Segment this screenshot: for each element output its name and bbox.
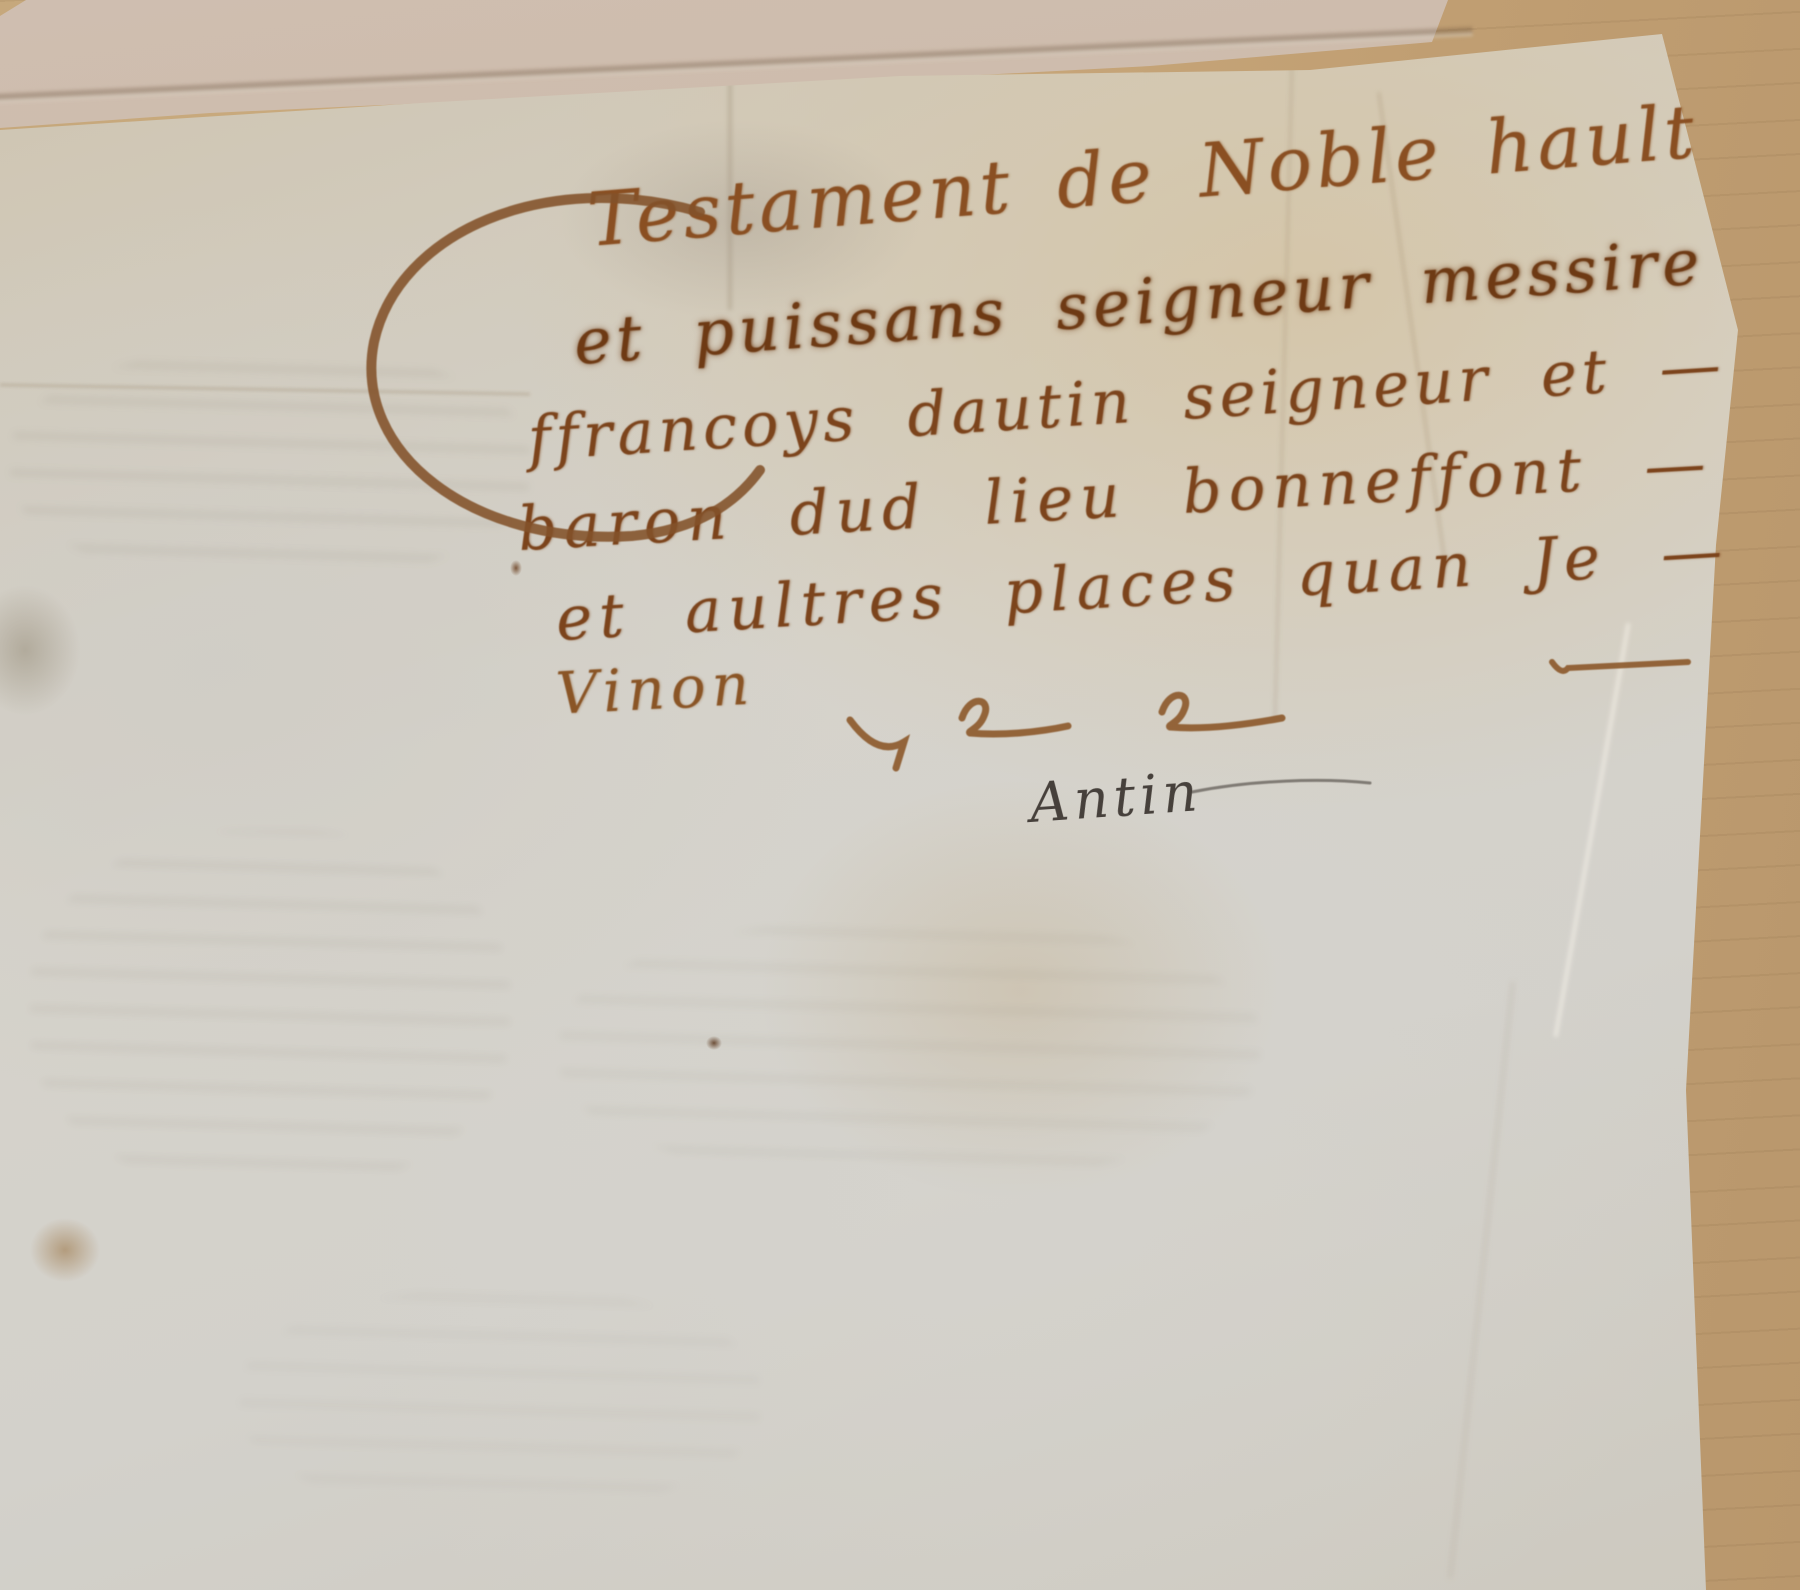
initial-letter-flourish bbox=[371, 198, 760, 537]
line-filler-hook bbox=[850, 720, 904, 768]
photo-scene: Testament de Noble hault et puissans sei… bbox=[0, 0, 1800, 1590]
line-filler-dash-1 bbox=[962, 701, 1068, 734]
ink-flourishes bbox=[0, 0, 1800, 1590]
annotation-overline bbox=[1192, 780, 1370, 792]
line-filler-dash-3 bbox=[1552, 662, 1688, 671]
line-filler-dash-2 bbox=[1162, 695, 1282, 728]
